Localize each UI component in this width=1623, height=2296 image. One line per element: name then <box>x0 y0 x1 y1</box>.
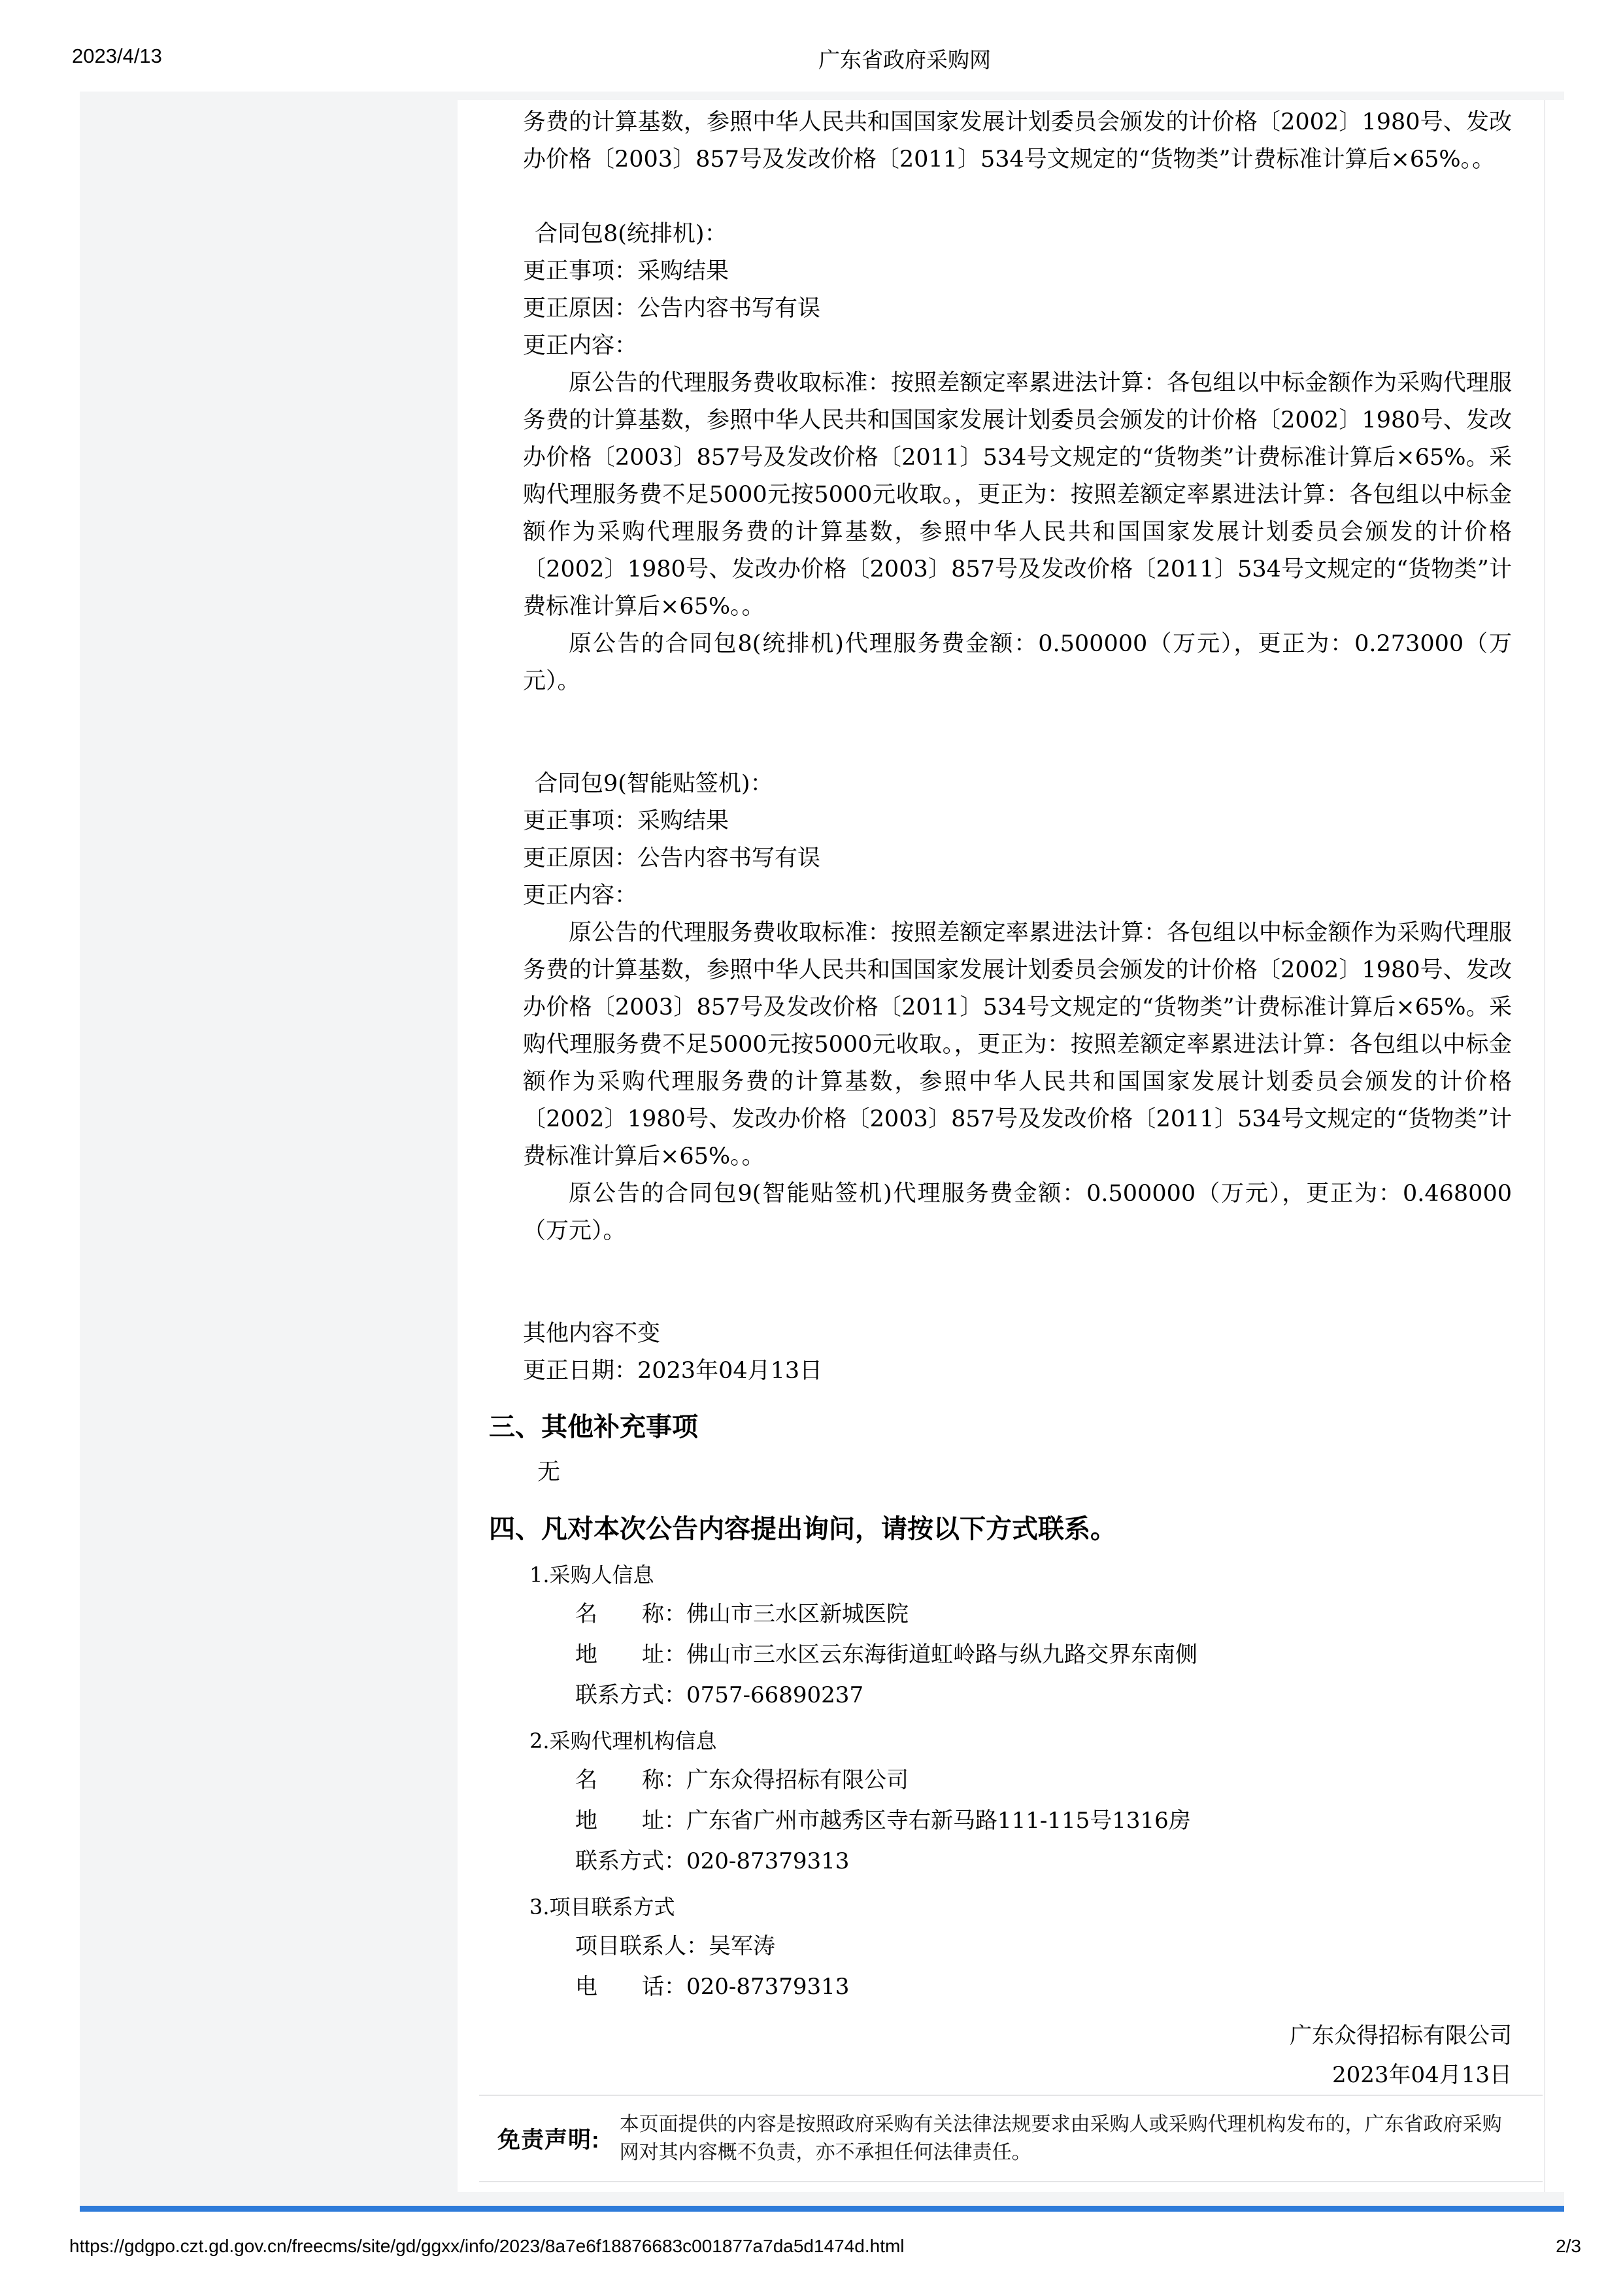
disclaimer-section: 免责声明: 本页面提供的内容是按照政府采购有关法律法规要求由采购人或采购代理机构… <box>479 2095 1543 2182</box>
package8-correction-item: 更正事项：采购结果 <box>458 253 1564 290</box>
section3-heading: 三、其他补充事项 <box>458 1407 1564 1447</box>
print-footer-url: https://gdgpo.czt.gd.gov.cn/freecms/site… <box>69 2236 905 2257</box>
announcement-body: 务费的计算基数，参照中华人民共和国国家发展计划委员会颁发的计价格〔2002〕19… <box>458 100 1564 2095</box>
disclaimer-label: 免责声明: <box>497 2122 600 2155</box>
card-right-divider <box>1544 100 1545 2192</box>
project-contact-person: 项目联系人：吴军涛 <box>458 1926 1564 1967</box>
signature-date: 2023年04月13日 <box>458 2055 1564 2095</box>
package9-amount-correction: 原公告的合同包9(智能贴签机)代理服务费金额：0.500000（万元），更正为：… <box>458 1175 1564 1250</box>
section3-body: 无 <box>458 1453 1564 1492</box>
agency-phone: 联系方式：020-87379313 <box>458 1841 1564 1882</box>
disclaimer-text: 本页面提供的内容是按照政府采购有关法律法规要求由采购人或采购代理机构发布的，广东… <box>600 2110 1543 2167</box>
announcement-content-card: 务费的计算基数，参照中华人民共和国国家发展计划委员会颁发的计价格〔2002〕19… <box>458 100 1564 2192</box>
print-preview-page: { "header": { "date": "2023/4/13", "site… <box>0 0 1623 2296</box>
agency-address: 地 址：广东省广州市越秀区寺右新马路111-115号1316房 <box>458 1800 1564 1841</box>
package9-title: 合同包9(智能贴签机)： <box>458 766 1564 803</box>
package9-correction-item: 更正事项：采购结果 <box>458 803 1564 840</box>
correction-date: 更正日期：2023年04月13日 <box>458 1353 1564 1390</box>
package9-correction-reason: 更正原因：公告内容书写有误 <box>458 840 1564 877</box>
other-content-unchanged: 其他内容不变 <box>458 1315 1564 1353</box>
package8-title: 合同包8(统排机)： <box>458 216 1564 253</box>
print-header-site-title: 广东省政府采购网 <box>818 43 991 74</box>
intro-continuation-paragraph: 务费的计算基数，参照中华人民共和国国家发展计划委员会颁发的计价格〔2002〕19… <box>458 104 1564 178</box>
package8-amount-correction: 原公告的合同包8(统排机)代理服务费金额：0.500000（万元），更正为：0.… <box>458 626 1564 700</box>
webpage-background-region: 务费的计算基数，参照中华人民共和国国家发展计划委员会颁发的计价格〔2002〕19… <box>80 92 1564 2212</box>
spacer <box>458 178 1564 216</box>
project-contact-heading: 3.项目联系方式 <box>458 1888 1564 1926</box>
purchaser-address: 地 址：佛山市三水区云东海街道虹岭路与纵九路交界东南侧 <box>458 1634 1564 1675</box>
spacer <box>458 1250 1564 1315</box>
package8-correction-content-label: 更正内容： <box>458 328 1564 365</box>
print-header-date: 2023/4/13 <box>72 44 162 68</box>
purchaser-info-heading: 1.采购人信息 <box>458 1556 1564 1594</box>
package8-correction-detail: 原公告的代理服务费收取标准：按照差额定率累进法计算：各包组以中标金额作为采购代理… <box>458 365 1564 626</box>
purchaser-phone: 联系方式：0757-66890237 <box>458 1675 1564 1715</box>
section4-heading: 四、凡对本次公告内容提出询问，请按以下方式联系。 <box>458 1509 1564 1549</box>
agency-name: 名 称：广东众得招标有限公司 <box>458 1760 1564 1800</box>
package8-correction-reason: 更正原因：公告内容书写有误 <box>458 290 1564 328</box>
project-contact-phone: 电 话：020-87379313 <box>458 1967 1564 2007</box>
package9-correction-content-label: 更正内容： <box>458 877 1564 915</box>
print-footer-page-number: 2/3 <box>1556 2236 1581 2257</box>
purchaser-name: 名 称：佛山市三水区新城医院 <box>458 1594 1564 1634</box>
signature-block: 广东众得招标有限公司 2023年04月13日 <box>458 2016 1564 2095</box>
signature-company: 广东众得招标有限公司 <box>458 2016 1564 2055</box>
spacer <box>458 700 1564 766</box>
package9-correction-detail: 原公告的代理服务费收取标准：按照差额定率累进法计算：各包组以中标金额作为采购代理… <box>458 915 1564 1175</box>
agency-info-heading: 2.采购代理机构信息 <box>458 1722 1564 1760</box>
